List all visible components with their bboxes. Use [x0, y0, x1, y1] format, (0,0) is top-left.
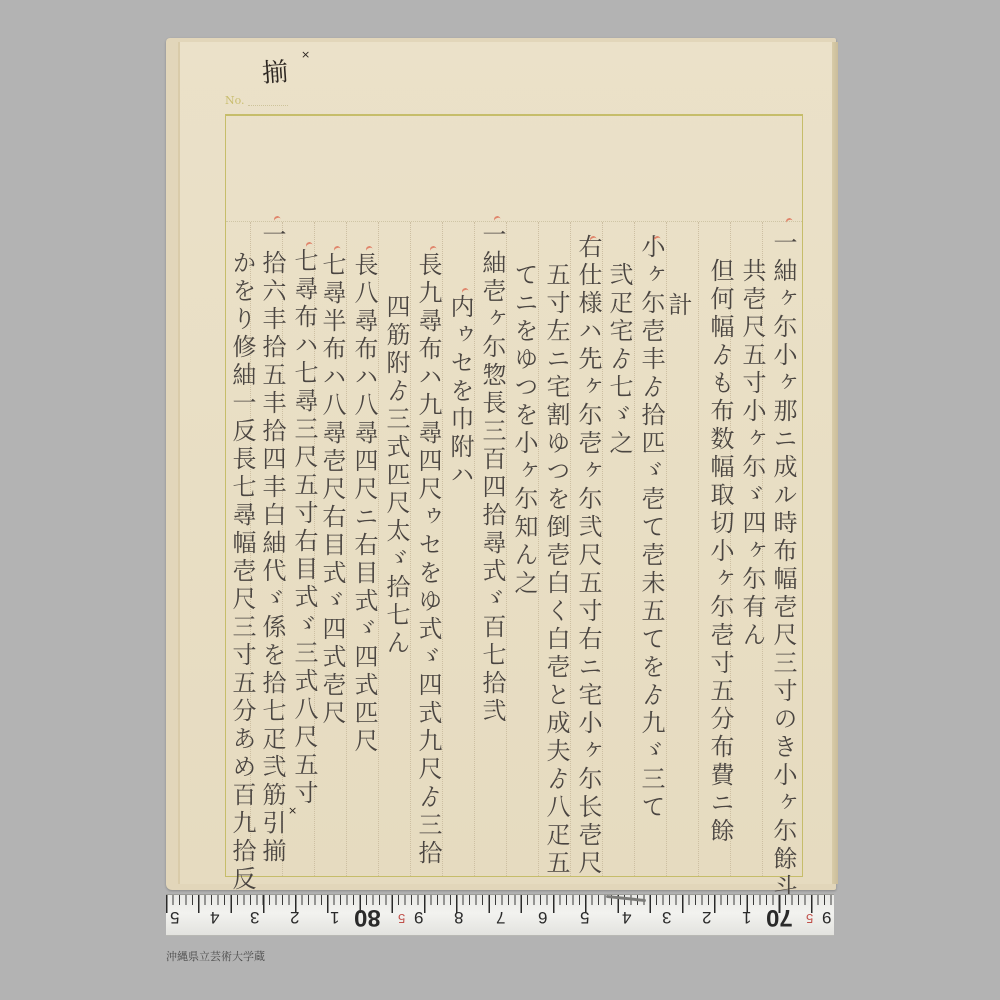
text-column-9: てニをゆつを小ヶ尓知ん之 [512, 262, 536, 598]
rule-line [666, 222, 667, 876]
text-column-3: 但何幅ゟも布数幅取切小ヶ尓壱寸五分布費ニ餘 [708, 258, 732, 846]
text-column-13: 四筋附ゟ三式匹尺太ゞ拾七ん [384, 294, 408, 658]
text-column-10: 一紬壱ヶ尓惣長三百四拾尋式ゞ百七拾弐 [480, 222, 504, 726]
rule-line [474, 222, 475, 876]
rule-line [346, 222, 347, 876]
text-column-15: 七尋半布ハ八尋壱尺右目式ゞ四式壱尺 [320, 252, 344, 728]
ruler-label: 8 [454, 909, 463, 926]
number-field-dots [248, 105, 288, 106]
text-column-8: 五寸左ニ宅割ゆつを倒壱白く白壱と成夫ゟ八疋五 [544, 262, 568, 878]
cross-mark: × [288, 804, 297, 817]
number-label: No. [225, 94, 245, 107]
ruler-label-half: 5 [806, 912, 813, 925]
ruler-label: 7 [496, 909, 505, 926]
text-column-16: 七尋布ハ七尋三尺五寸右目式ゞ三式八尺五寸 [292, 248, 316, 808]
ruler-label-major: 80 [354, 905, 381, 929]
collection-credit: 沖縄県立芸術大学蔵 [166, 948, 265, 964]
text-column-2: 共壱尺五寸小ヶ尓ゞ四ヶ尓有ん [740, 258, 764, 650]
scan-stage: 揃 × No. [0, 0, 1000, 1000]
text-column-14: 長八尋布ハ八尋四尺ニ右目式ゞ四式匹尺 [352, 252, 376, 756]
ruler-label-major: 70 [766, 905, 793, 929]
rule-line [378, 222, 379, 876]
ruler-label: 6 [538, 909, 547, 926]
ruler-label: 1 [330, 909, 339, 926]
measuring-ruler: 5 4 3 2 1 80 5 9 8 7 6 5 4 3 2 1 70 5 9 [166, 894, 834, 936]
ruler-label: 2 [290, 909, 299, 926]
rule-line [538, 222, 539, 876]
notebook: 揃 × No. [166, 38, 836, 890]
text-column-18: かをり修紬一反長七尋幅壱尺三寸五分あめ百九拾反 [230, 250, 254, 894]
text-column-17: 一拾六丰拾五丰拾四丰白紬代ゞ係を拾七疋弐筋引揃 [260, 222, 284, 866]
notebook-page: 揃 × No. [178, 42, 833, 884]
ruler-label: 5 [170, 909, 179, 926]
ruler-label: 2 [702, 909, 711, 926]
rule-line [602, 222, 603, 876]
rule-line [698, 222, 699, 876]
ruler-label-half: 5 [398, 912, 405, 925]
ruler-label: 3 [662, 909, 671, 926]
ruler-label: 4 [622, 909, 631, 926]
ruler-label: 9 [414, 909, 423, 926]
ruled-frame: 一紬ヶ尓小ヶ那ニ成ル時布幅壱尺三寸のき小ヶ尓餘斗 共壱尺五寸小ヶ尓ゞ四ヶ尓有ん … [225, 114, 803, 877]
ruler-label: 4 [210, 909, 219, 926]
rule-line [442, 222, 443, 876]
text-column-12: 長九尋布ハ九尋四尺ゥセをゆ式ゞ四式九尺ゟ三拾 [416, 252, 440, 868]
ruler-label: 1 [742, 909, 751, 926]
text-column-11: 内ゥセを巾附ハ [448, 294, 472, 490]
rule-line [410, 222, 411, 876]
header-annotation: 揃 [261, 51, 290, 90]
ruler-label: 5 [580, 909, 589, 926]
ruler-label: 3 [250, 909, 259, 926]
ruled-writing-area: 一紬ヶ尓小ヶ那ニ成ル時布幅壱尺三寸のき小ヶ尓餘斗 共壱尺五寸小ヶ尓ゞ四ヶ尓有ん … [226, 221, 802, 876]
page-edge [832, 42, 838, 884]
rule-line [570, 222, 571, 876]
ruler-label: 9 [822, 909, 831, 926]
rule-line [634, 222, 635, 876]
text-column-6: 弐疋宅ゟ七ゞ之 [607, 262, 631, 458]
text-column-5: 小ヶ尓壱丰ゟ拾匹ゞ壱て壱未五てをゟ九ゞ三て [639, 234, 663, 822]
text-column-7: 右仕様ハ先ヶ尓壱ヶ尓弐尺五寸右ニ宅小ヶ尓长壱尺 [576, 234, 600, 878]
text-column-4: 計 [666, 292, 690, 320]
red-tick-mark [785, 217, 794, 227]
rule-line [506, 222, 507, 876]
header-cross-mark: × [301, 48, 310, 61]
text-column-1: 一紬ヶ尓小ヶ那ニ成ル時布幅壱尺三寸のき小ヶ尓餘斗 [771, 230, 795, 902]
